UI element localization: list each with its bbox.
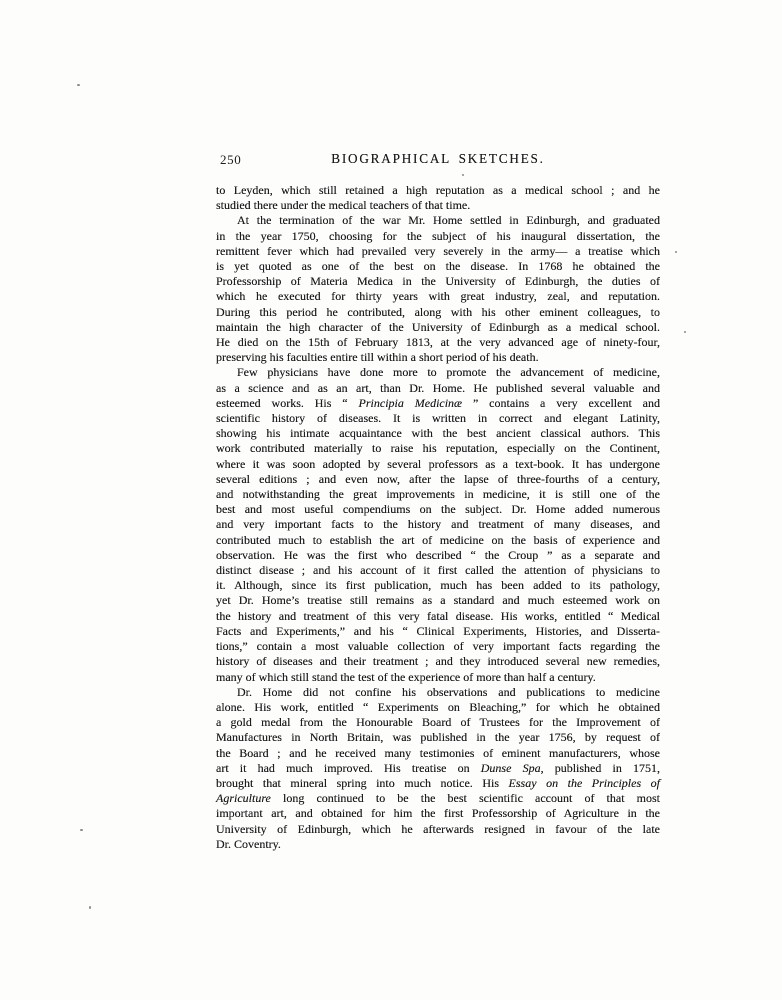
text-line: maintain the high character of the Unive… xyxy=(216,320,660,335)
paragraph: Dr. Home did not confine his observation… xyxy=(216,685,660,852)
scan-speck xyxy=(675,251,677,253)
text-segment: art it had much improved. His treatise o… xyxy=(216,761,481,775)
text-line: esteemed works. His “ Principia Medicinæ… xyxy=(216,396,660,411)
paragraph: Few physicians have done more to promote… xyxy=(216,365,660,684)
text-line: tions,” contain a most valuable collecti… xyxy=(216,639,660,654)
text-line: several editions ; and even now, after t… xyxy=(216,472,660,487)
text-line: work contributed materially to raise his… xyxy=(216,441,660,456)
scan-speck xyxy=(462,174,464,176)
running-title: BIOGRAPHICAL SKETCHES. xyxy=(216,151,660,167)
text-line: and very important facts to the history … xyxy=(216,517,660,532)
text-line: as a science and as an art, than Dr. Hom… xyxy=(216,381,660,396)
text-segment: long continued to be the best scientific… xyxy=(271,791,660,805)
text-line: brought that mineral spring into much no… xyxy=(216,776,660,791)
text-line: best and most useful compendiums on the … xyxy=(216,502,660,517)
text-line: At the termination of the war Mr. Home s… xyxy=(216,213,660,228)
text-line: During this period he contributed, along… xyxy=(216,305,660,320)
book-page-scan: 250 BIOGRAPHICAL SKETCHES. to Leyden, wh… xyxy=(0,0,782,1000)
text-line: the Board ; and he received many testimo… xyxy=(216,746,660,761)
text-line: it. Although, since its first publicatio… xyxy=(216,578,660,593)
text-segment: esteemed works. His “ xyxy=(216,396,359,410)
scan-speck xyxy=(80,829,83,831)
text-line: studied there under the medical teachers… xyxy=(216,198,660,213)
text-line: Dr. Home did not confine his observation… xyxy=(216,685,660,700)
text-line: Agriculture long continued to be the bes… xyxy=(216,791,660,806)
page-number: 250 xyxy=(220,152,241,168)
text-line: Facts and Experiments,” and his “ Clinic… xyxy=(216,624,660,639)
text-segment: , published in 1751, xyxy=(541,761,660,775)
text-line: observation. He was the first who descri… xyxy=(216,548,660,563)
text-line: Few physicians have done more to promote… xyxy=(216,365,660,380)
paragraph: to Leyden, which still retained a high r… xyxy=(216,183,660,213)
text-line: scientific history of diseases. It is wr… xyxy=(216,411,660,426)
text-line: in the year 1750, choosing for the subje… xyxy=(216,229,660,244)
text-line: where it was soon adopted by several pro… xyxy=(216,457,660,472)
paragraph: At the termination of the war Mr. Home s… xyxy=(216,213,660,365)
text-line: to Leyden, which still retained a high r… xyxy=(216,183,660,198)
text-line: which he executed for thirty years with … xyxy=(216,289,660,304)
italic-title-text: Dunse Spa xyxy=(481,761,541,775)
text-segment: brought that mineral spring into much no… xyxy=(216,776,509,790)
text-line: is yet quoted as one of the best on the … xyxy=(216,259,660,274)
text-segment: ” contains a very excellent and xyxy=(462,396,660,410)
text-line: important art, and obtained for him the … xyxy=(216,806,660,821)
text-line: distinct disease ; and his account of it… xyxy=(216,563,660,578)
text-line: Manufactures in North Britain, was publi… xyxy=(216,730,660,745)
text-line: art it had much improved. His treatise o… xyxy=(216,761,660,776)
text-line: a gold medal from the Honourable Board o… xyxy=(216,715,660,730)
text-line: the history and treatment of this very f… xyxy=(216,609,660,624)
text-line: Dr. Coventry. xyxy=(216,837,660,852)
page-header: 250 BIOGRAPHICAL SKETCHES. xyxy=(216,151,660,167)
text-line: University of Edinburgh, which he afterw… xyxy=(216,822,660,837)
text-line: He died on the 15th of February 1813, at… xyxy=(216,335,660,350)
text-line: and notwithstanding the great improvemen… xyxy=(216,487,660,502)
page-body: to Leyden, which still retained a high r… xyxy=(216,183,660,852)
text-line: alone. His work, entitled “ Experiments … xyxy=(216,700,660,715)
text-line: Professorship of Materia Medica in the U… xyxy=(216,274,660,289)
text-line: history of diseases and their treatment … xyxy=(216,654,660,669)
text-line: preserving his faculties entire till wit… xyxy=(216,350,660,365)
italic-title-text: Essay on the Principles of xyxy=(509,776,660,790)
text-line: many of which still stand the test of th… xyxy=(216,670,660,685)
scan-speck xyxy=(684,331,686,333)
scan-speck xyxy=(89,906,91,909)
text-line: contributed much to establish the art of… xyxy=(216,533,660,548)
text-column: 250 BIOGRAPHICAL SKETCHES. to Leyden, wh… xyxy=(216,151,660,852)
text-line: showing his intimate acquaintance with t… xyxy=(216,426,660,441)
italic-title-text: Principia Medicinæ xyxy=(359,396,463,410)
text-line: remittent fever which had prevailed very… xyxy=(216,244,660,259)
text-line: yet Dr. Home’s treatise still remains as… xyxy=(216,593,660,608)
scan-speck xyxy=(77,84,80,86)
italic-title-text: Agriculture xyxy=(216,791,271,805)
